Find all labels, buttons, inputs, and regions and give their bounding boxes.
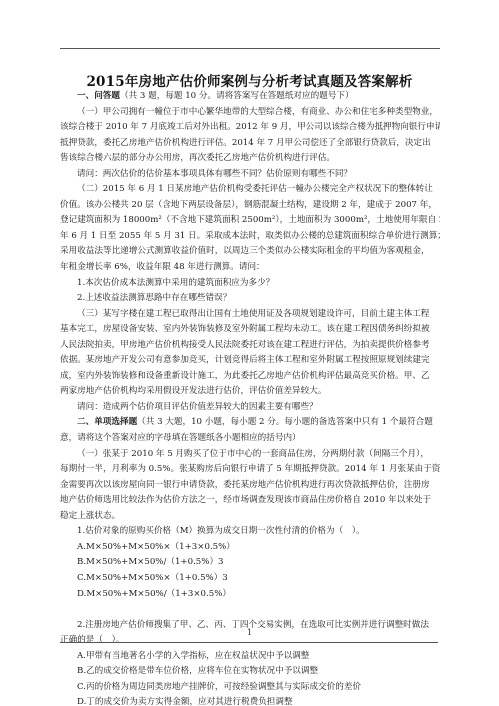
header-rule <box>60 48 440 49</box>
q1-paragraph-line: （一）甲公司拥有一幢位于市中心繁华地带的大型综合楼，有商业、办公和住宅多种类型物… <box>60 105 440 121</box>
section2-heading: 二、单项选择题 <box>77 417 137 427</box>
q2-paragraph-line: 登记建筑面积为 18000m²（不含地下建筑面积 2500m²），土地面积为 3… <box>60 213 440 229</box>
q1-paragraph-line: 抵押贷款，委托乙房地产估价机构进行评估。2014 年 7 月甲公司偿还了全部银行… <box>60 136 440 152</box>
section1-heading-line: 一、问答题（共 3 题，每题 10 分。请将答案写在答题纸对应的题号下） <box>60 89 440 105</box>
mc-question-1-option-b: B.M×50%+M×50%/（1+0.5%）3 <box>60 555 440 571</box>
q2-paragraph-line: 采用收益法等比递增公式测算收益价值时，以周边三个类似办公楼实际租金的平均值为客观… <box>60 244 440 260</box>
spacer <box>60 602 440 618</box>
document-title: 2015年房地产估价师案例与分析考试真题及答案解析 <box>0 70 499 90</box>
q2-paragraph-line: 价值。该办公楼共 20 层（含地下两层设备层），钢筋混凝土结构，建设期 2 年，… <box>60 198 440 214</box>
q2-paragraph-line: 年租金增长率 6%，收益年限 48 年进行测算。请问： <box>60 260 440 276</box>
q2-sub-question: 1.本次估价成本法测算中采用的建筑面积应为多少？ <box>60 276 440 292</box>
case1-paragraph-line: 稳定上涨状态。 <box>60 509 440 525</box>
mc-question-1-option-d: D.M×50%+M×50%/（1+3×0.5%） <box>60 587 440 603</box>
q3-question: 请问：造成两个估价项目评估价值差异较大的因素主要有哪些？ <box>60 400 440 416</box>
section1-heading-note: （共 3 题，每题 10 分。请将答案写在答题纸对应的题号下） <box>120 91 354 101</box>
case1-paragraph-line: 地产估价师选用比较法作为估价方法之一，经市场调查发现该市商品住房价格自 2010… <box>60 493 440 509</box>
page-number: 1 <box>0 628 499 637</box>
case1-paragraph-line: （一）张某于 2010 年 5 月购买了位于市中心的一套商品住房，分两期付款（间… <box>60 447 440 463</box>
section1-heading: 一、问答题 <box>77 91 120 101</box>
q3-paragraph-line: 两家房地产估价机构均采用假设开发法进行估价，评估价值差异较大。 <box>60 384 440 400</box>
mc-question-2-option-c: C.丙的价格为周边同类房地产挂牌价，可按经验调整其与实际成交价的差价 <box>60 680 440 696</box>
section2-heading-line: 二、单项选择题（共 3 大题，10 小题，每小题 2 分。每小题的备选答案中只有… <box>60 415 440 431</box>
mc-question-2-option-b: B.乙的成交价格是带车位价格，应将车位在实物状况中予以调整 <box>60 664 440 680</box>
q3-paragraph-line: （三）某写字楼在建工程已取得出让国有土地使用证及各项规划建设许可，目前土建主体工… <box>60 307 440 323</box>
q3-paragraph-line: 依据。某房地产开发公司有意参加竞买，计划竞得后将主体工程和室外附属工程按照原规划… <box>60 353 440 369</box>
mc-question-1-stem: 1.估价对象的原购买价格（M）换算为成交日期一次性付清的价格为（ ）。 <box>60 524 440 540</box>
mc-question-2-option-d: D.丁的成交价为卖方实得金额，应对其进行税费负担调整 <box>60 695 440 706</box>
section2-heading-note-continued: 意，请将这个答案对应的字母填在答题纸各小题相应的括号内） <box>60 431 440 447</box>
document-body: 一、问答题（共 3 题，每题 10 分。请将答案写在答题纸对应的题号下） （一）… <box>60 89 440 706</box>
q3-paragraph-line: 人民法院拍卖，甲房地产估价机构接受人民法院委托对该在建工程进行评估，为拍卖提供价… <box>60 338 440 354</box>
q1-paragraph-line: 售该综合楼六层的部分办公用房，再次委托乙房地产估价机构进行评估。 <box>60 151 440 167</box>
q3-paragraph-line: 成，室内外装饰装修和设备重新设计施工，为此委托乙房地产估价机构评估最高竞买价格。… <box>60 369 440 385</box>
mc-question-2-option-a: A.甲带有当地著名小学的入学指标，应在权益状况中予以调整 <box>60 649 440 665</box>
case1-paragraph-line: 每期付一半，月利率为 0.5%。张某购房后向银行申请了 5 年期抵押贷款。201… <box>60 462 440 478</box>
mc-question-1-option-c: C.M×50%+M×50%×（1+0.5%）3 <box>60 571 440 587</box>
section2-heading-note: （共 3 大题，10 小题，每小题 2 分。每小题的备选答案中只有 1 个最符合… <box>137 417 433 427</box>
q1-paragraph-line: 该综合楼于 2010 年 7 月底竣工后对外出租。2012 年 9 月，甲公司以… <box>60 120 440 136</box>
q1-question: 请问：两次估价的估价基本事项具体有哪些不同？估价原则有哪些不同？ <box>60 167 440 183</box>
q2-sub-question: 2.上述收益法测算思路中存在哪些错误？ <box>60 291 440 307</box>
case1-paragraph-line: 金需要再次以该房屋向同一银行申请贷款，委托某房地产估价机构进行再次贷款抵押估价，… <box>60 478 440 494</box>
document-page: 2015年房地产估价师案例与分析考试真题及答案解析 一、问答题（共 3 题，每题… <box>0 0 499 706</box>
q2-paragraph-line: （二）2015 年 6 月 1 日某房地产估价机构受委托评估一幢办公楼完全产权状… <box>60 182 440 198</box>
q3-paragraph-line: 基本完工，房屋设备安装、室内外装饰装修及室外附属工程均未动工。该在建工程因债务纠… <box>60 322 440 338</box>
footer-rule <box>60 642 438 643</box>
mc-question-1-option-a: A.M×50%+M×50%×（1+3×0.5%） <box>60 540 440 556</box>
q2-paragraph-line: 年 6 月 1 日至 2055 年 5 月 31 日。采取成本法时，取类似办公楼… <box>60 229 440 245</box>
